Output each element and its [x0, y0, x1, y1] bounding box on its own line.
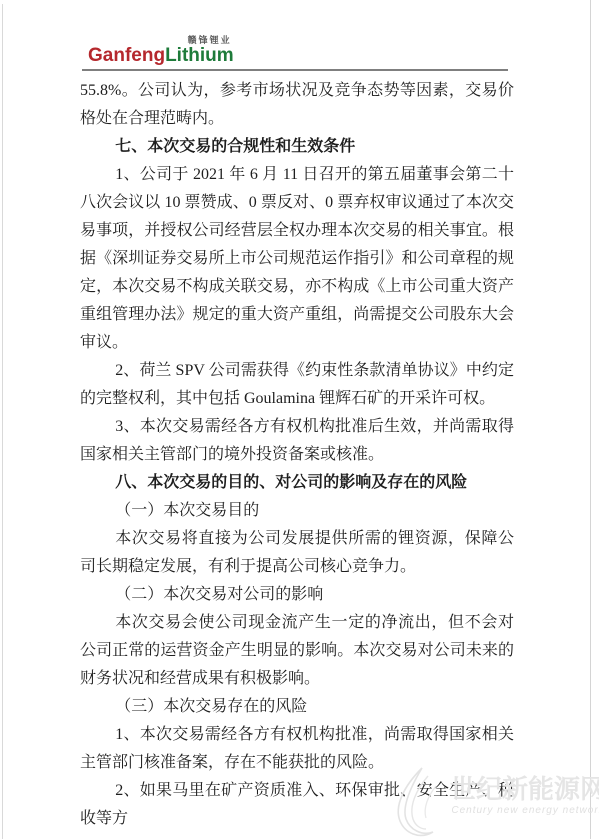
logo-chinese-text: 赣锋锂业: [88, 36, 234, 45]
paragraph-price-conclusion: 55.8%。公司认为，参考市场状况及竞争态势等因素，交易价格处在合理范畴内。: [80, 77, 514, 133]
subheading-risks: （三）本次交易存在的风险: [80, 693, 514, 721]
document-body: 55.8%。公司认为，参考市场状况及竞争态势等因素，交易价格处在合理范畴内。 七…: [80, 77, 514, 833]
paragraph-risk-mali: 2、如果马里在矿产资质准入、环保审批、安全生产、税收等方: [80, 777, 514, 833]
logo-ganfeng-text: Ganfeng: [88, 45, 165, 66]
logo-latin-text: GanfengLithium: [88, 46, 234, 65]
paragraph-risk-approval: 1、本次交易需经各方有权机构批准，尚需取得国家相关主管部门核准备案，存在不能获批…: [80, 721, 514, 777]
paragraph-impact-detail: 本次交易会使公司现金流产生一定的净流出，但不会对公司正常的运营资金产生明显的影响…: [80, 609, 514, 693]
logo-lithium-text: Lithium: [165, 45, 234, 66]
paragraph-spv-rights: 2、荷兰 SPV 公司需获得《约束性条款清单协议》中约定的完整权利，其中包括 G…: [80, 357, 514, 413]
paragraph-effective-conditions: 3、本次交易需经各方有权机构批准后生效，并尚需取得国家相关主管部门的境外投资备案…: [80, 413, 514, 469]
header-divider-line: [82, 69, 508, 71]
heading-section-8: 八、本次交易的目的、对公司的影响及存在的风险: [80, 469, 514, 497]
paragraph-board-approval: 1、公司于 2021 年 6 月 11 日召开的第五届董事会第二十八次会议以 1…: [80, 161, 514, 357]
paragraph-purpose-detail: 本次交易将直接为公司发展提供所需的锂资源，保障公司长期稳定发展，有利于提高公司核…: [80, 525, 514, 581]
subheading-purpose: （一）本次交易目的: [80, 497, 514, 525]
subheading-impact: （二）本次交易对公司的影响: [80, 581, 514, 609]
ganfeng-lithium-logo: 赣锋锂业 GanfengLithium: [88, 36, 234, 65]
page-right-edge: [590, 0, 591, 839]
document-page: 赣锋锂业 GanfengLithium 55.8%。公司认为，参考市场状况及竞争…: [0, 0, 599, 839]
heading-section-7: 七、本次交易的合规性和生效条件: [80, 133, 514, 161]
page-left-edge: [2, 4, 3, 839]
